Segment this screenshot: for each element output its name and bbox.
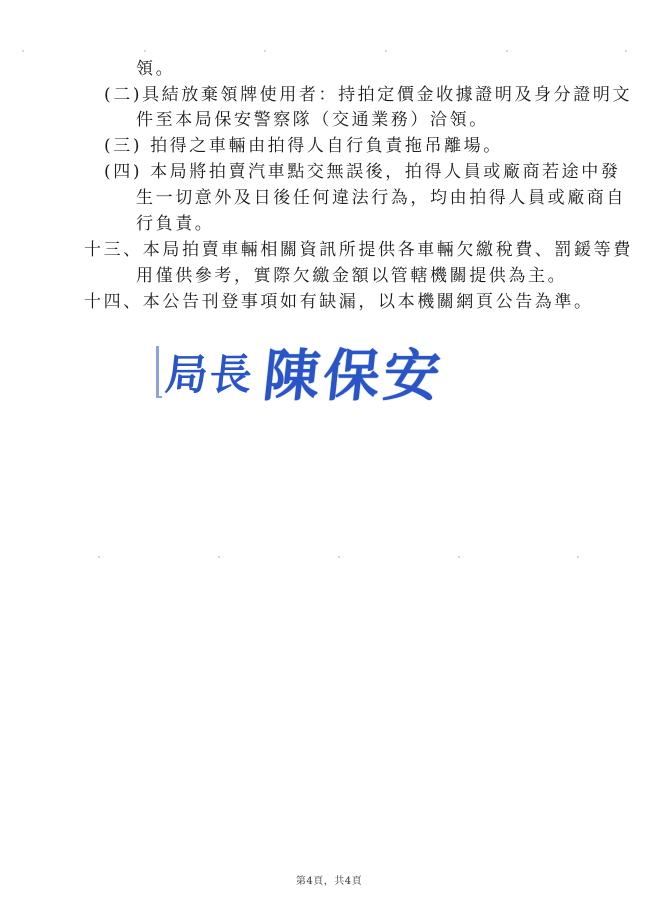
document-page: 領。 (二)具結放棄領牌使用者：持拍定價金收據證明及身分證明文 件至本局保安警察… <box>0 0 658 900</box>
text-line-item-4-cont: 生一切意外及日後任何違法行為，均由拍得人員或廠商自 <box>136 187 626 209</box>
text-line-item-2-cont: 件至本局保安警察隊（交通業務）洽領。 <box>136 109 489 131</box>
scan-artifact-row <box>0 556 658 560</box>
page-number: 第4頁，共4頁 <box>0 872 658 887</box>
scan-artifact-row <box>0 50 658 54</box>
signature-name: 陳保安 <box>260 332 448 412</box>
text-line-section-13-cont: 用僅供參考，實際欠繳金額以管轄機關提供為主。 <box>136 265 567 287</box>
text-line-continuation: 領。 <box>136 58 175 80</box>
text-line-item-4-cont2: 行負責。 <box>136 213 214 235</box>
text-line-item-2: (二)具結放棄領牌使用者：持拍定價金收據證明及身分證明文 <box>104 84 632 106</box>
text-line-item-4: (四) 本局將拍賣汽車點交無誤後，拍得人員或廠商若途中發 <box>104 161 620 183</box>
text-line-item-3: (三) 拍得之車輛由拍得人自行負責拖吊離場。 <box>104 135 503 157</box>
text-line-section-14: 十四、本公告刊登事項如有缺漏，以本機關網頁公告為準。 <box>84 291 594 313</box>
signature-title: 局長 <box>163 342 257 402</box>
text-line-section-13: 十三、本局拍賣車輛相關資訊所提供各車輛欠繳稅費、罰鍰等費 <box>84 239 633 261</box>
signature-stamp: 局長 陳保安 <box>156 340 444 404</box>
stamp-bracket <box>156 346 162 398</box>
